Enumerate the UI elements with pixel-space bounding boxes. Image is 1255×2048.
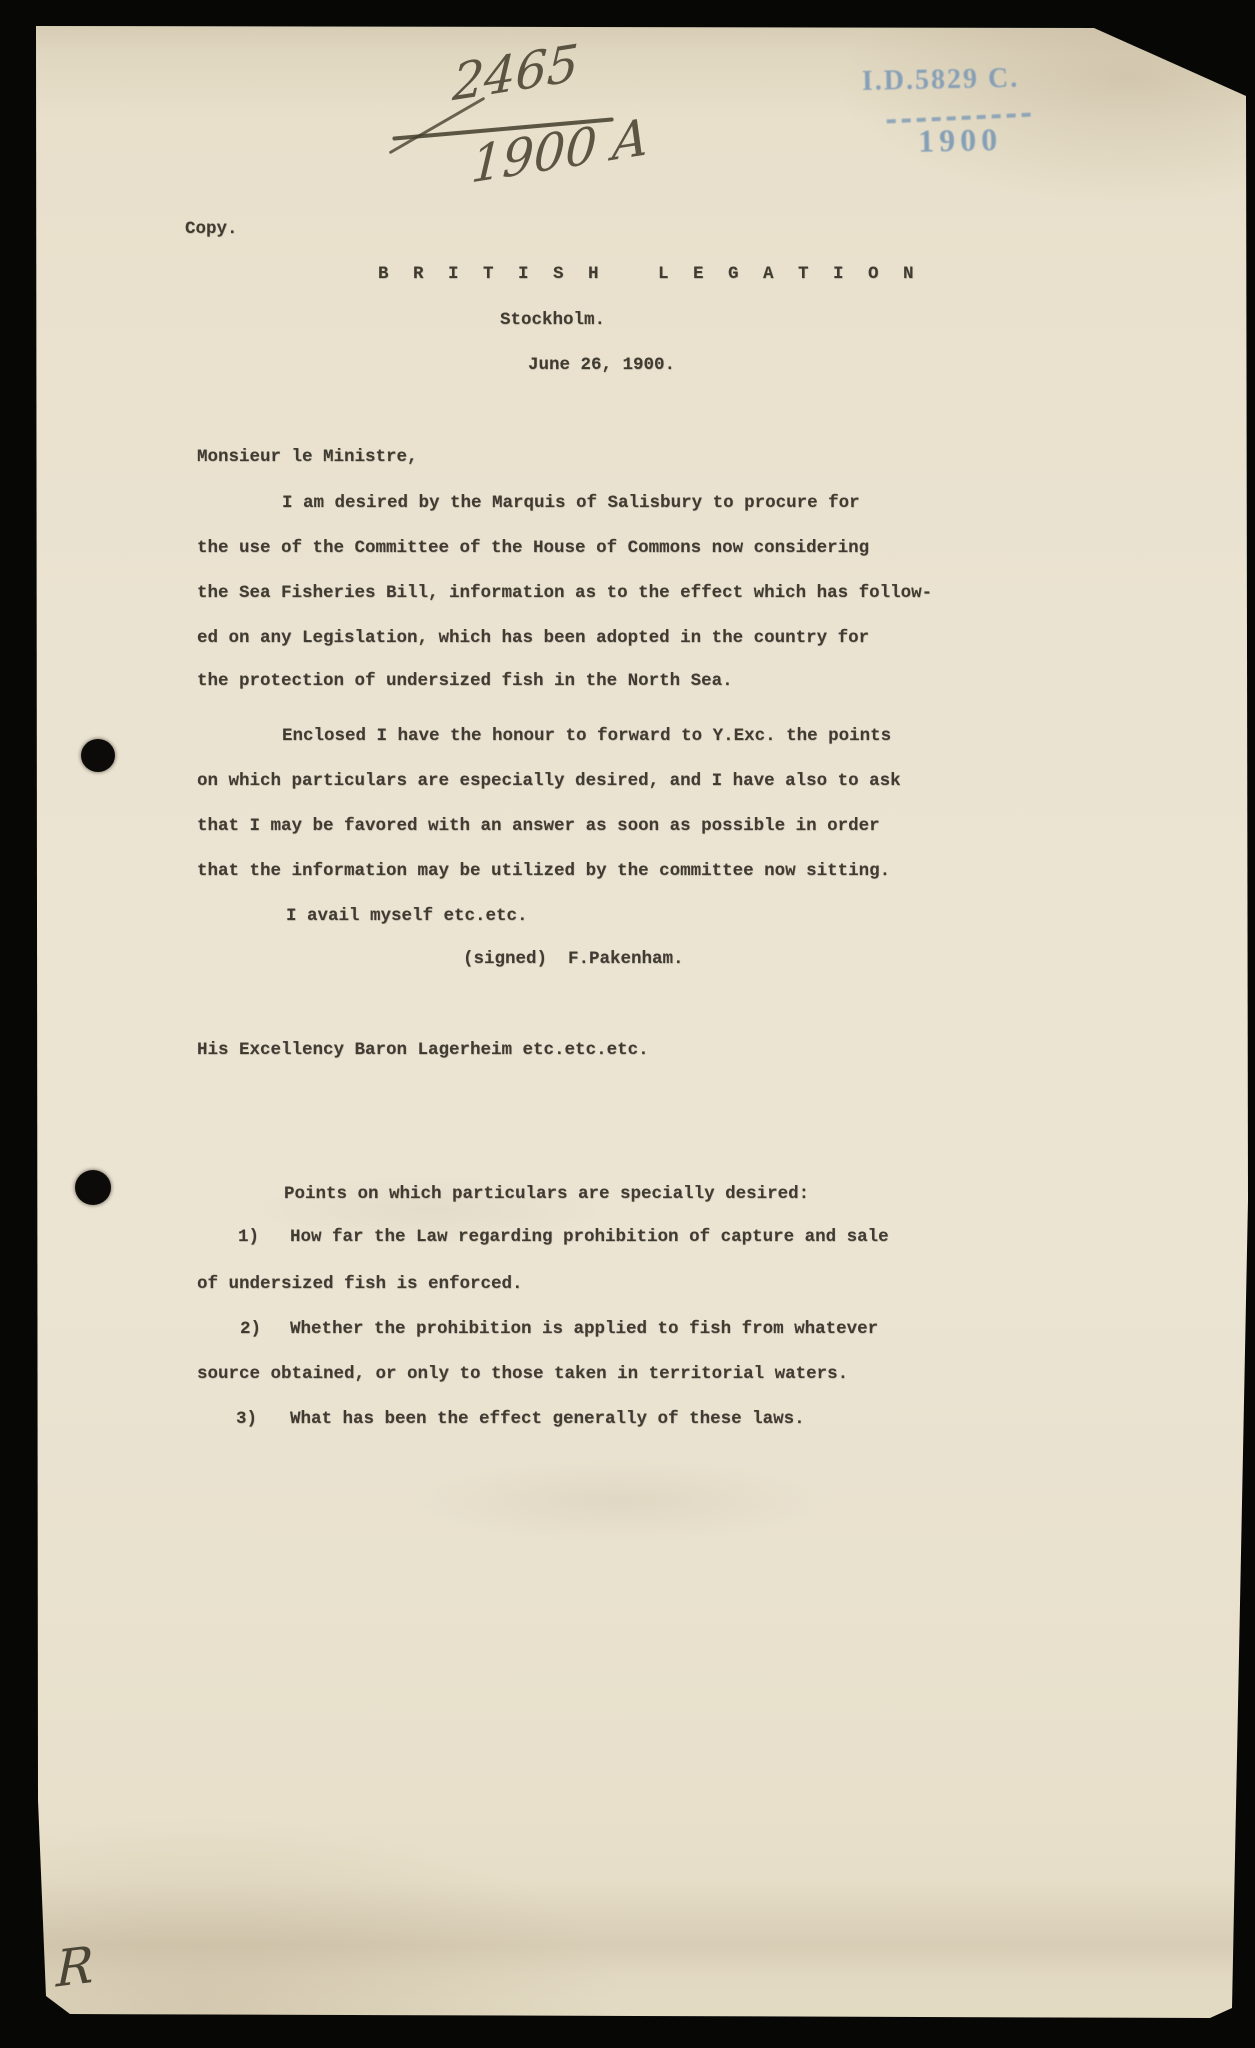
point-1-marker: 1) (238, 1224, 259, 1250)
typed-line: the use of the Committee of the House of… (197, 535, 869, 561)
paper-shading (0, 0, 1255, 2048)
stamp-year: 1900 (918, 121, 1003, 159)
signature-line: (signed) F.Pakenham. (463, 946, 684, 972)
clerk-initial: R (56, 1935, 94, 1998)
addressee-line: His Excellency Baron Lagerheim etc.etc.e… (197, 1037, 649, 1063)
typed-line: that I may be favored with an answer as … (197, 813, 880, 839)
punch-hole-top (81, 739, 115, 772)
punch-hole-bottom (75, 1170, 111, 1205)
valediction: I avail myself etc.etc. (286, 903, 528, 929)
point-3-text: What has been the effect generally of th… (290, 1406, 805, 1432)
point-3-marker: 3) (236, 1406, 257, 1432)
typed-line: Enclosed I have the honour to forward to… (282, 723, 891, 749)
typed-line: on which particulars are especially desi… (197, 768, 901, 794)
date-line: June 26, 1900. (528, 352, 675, 378)
stamp-reference-code: I.D.5829 C. (862, 63, 1020, 98)
paper-sheet (0, 0, 1255, 2048)
copy-label: Copy. (185, 216, 238, 242)
letterhead: B R I T I S H L E G A T I O N (378, 261, 921, 287)
scanned-letter-page: 2465 1900 A I.D.5829 C. 1900 Copy. B R I… (0, 0, 1255, 2048)
typed-line: I am desired by the Marquis of Salisbury… (282, 490, 860, 516)
typed-line: the Sea Fisheries Bill, information as t… (197, 580, 932, 606)
typed-line: that the information may be utilized by … (197, 858, 890, 884)
typed-line: the protection of undersized fish in the… (197, 668, 733, 694)
point-1-continuation: of undersized fish is enforced. (197, 1271, 523, 1297)
place-line: Stockholm. (500, 307, 605, 333)
point-1-text: How far the Law regarding prohibition of… (290, 1224, 889, 1250)
point-2-marker: 2) (240, 1316, 261, 1342)
point-2-continuation: source obtained, or only to those taken … (197, 1361, 848, 1387)
typed-line: ed on any Legislation, which has been ad… (197, 625, 869, 651)
point-2-text: Whether the prohibition is applied to fi… (290, 1316, 878, 1342)
enclosure-heading: Points on which particulars are speciall… (284, 1181, 809, 1207)
salutation: Monsieur le Ministre, (197, 444, 418, 470)
